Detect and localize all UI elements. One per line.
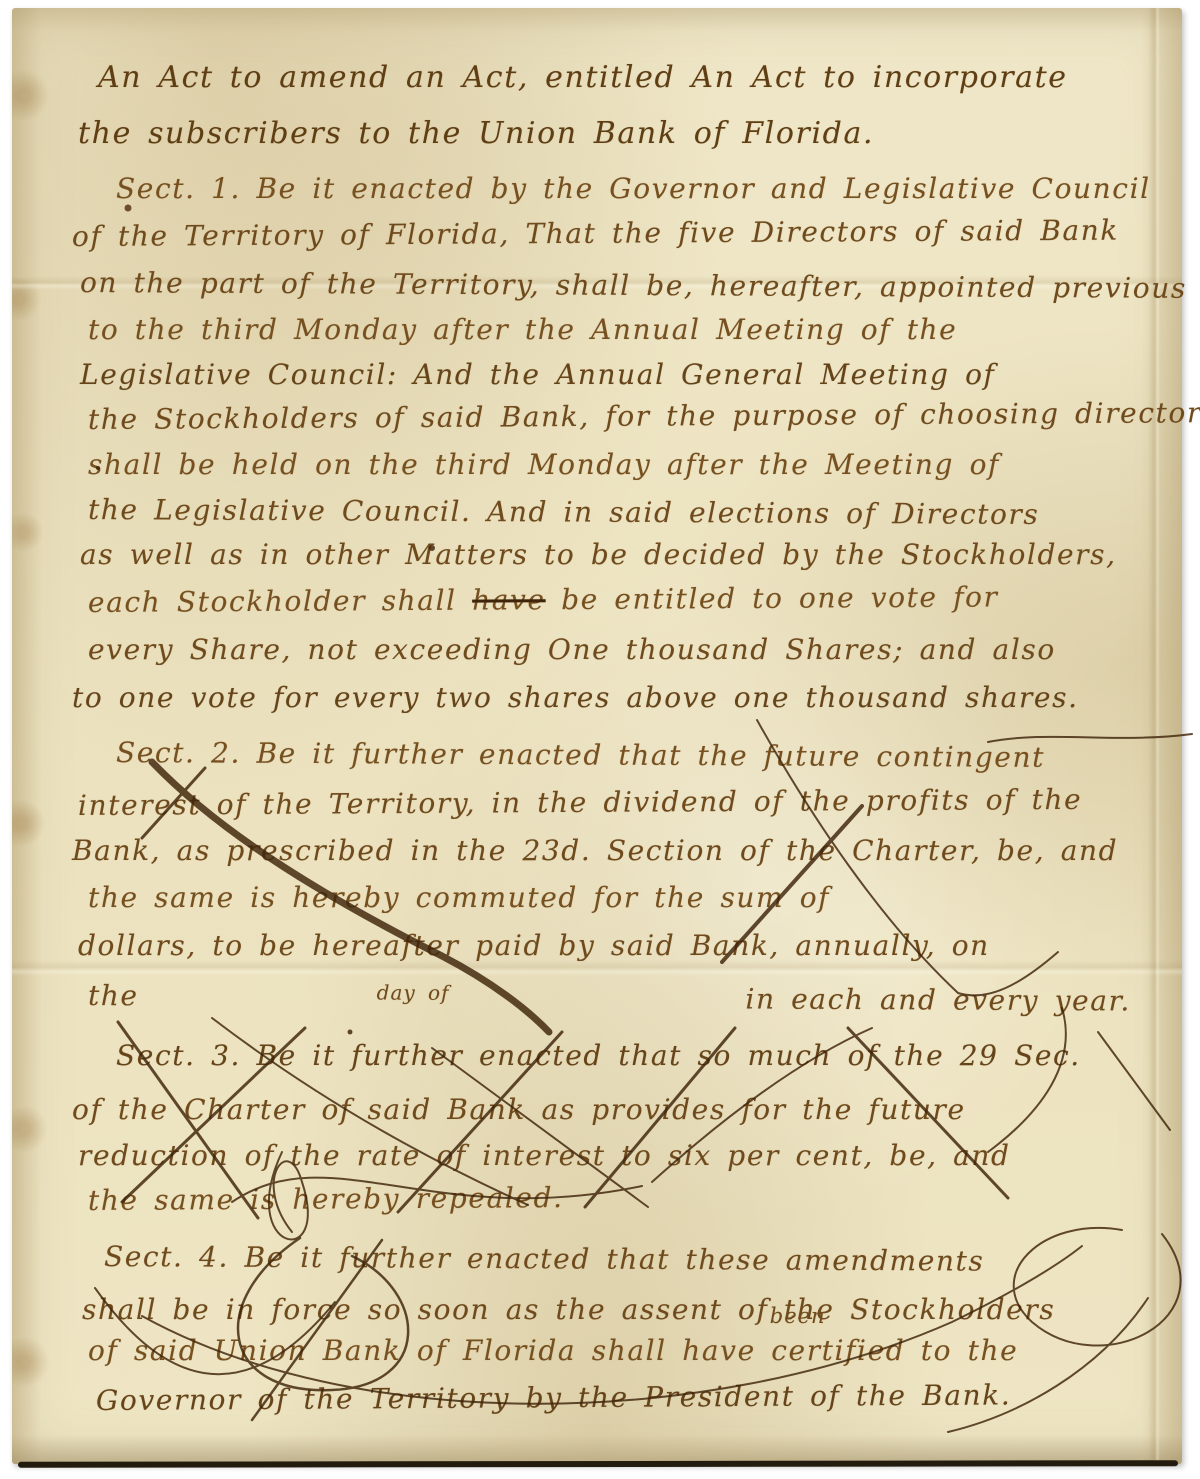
manuscript-line: of the Territory of Florida, That the fi…	[72, 214, 1119, 253]
manuscript-line: Governor of the Territory by the Preside…	[96, 1378, 1011, 1417]
interlinear-insertion: been	[770, 1304, 826, 1328]
manuscript-line: the Stockholders of said Bank, for the p…	[88, 396, 1200, 436]
manuscript-line: to one vote for every two shares above o…	[72, 681, 1079, 714]
blank-space	[449, 1007, 745, 1009]
manuscript-line: interest of the Territory, in the divide…	[78, 783, 1082, 822]
manuscript-line: of said Union Bank of Florida shall have…	[88, 1334, 1018, 1367]
manuscript-line: Sect. 2. Be it further enacted that the …	[116, 736, 1045, 774]
scan-background: { "page": { "background_color": "#ffffff…	[0, 0, 1200, 1479]
manuscript-line: the Legislative Council. And in said ele…	[88, 493, 1040, 531]
line-text: each Stockholder shall	[88, 584, 472, 619]
manuscript-line: Sect. 4. Be it further enacted that thes…	[104, 1240, 985, 1278]
manuscript-line: theday ofin each and every year.	[88, 979, 1131, 1017]
line-text: in each and every year.	[745, 982, 1131, 1017]
manuscript-line: each Stockholder shall have be entitled …	[88, 580, 999, 619]
interlinear-phrase: day of	[377, 981, 450, 1005]
manuscript-line: of the Charter of said Bank as provides …	[72, 1093, 966, 1126]
line-text: the	[88, 979, 139, 1012]
line-text: of said Union Bank of Florida shall have	[88, 1334, 756, 1367]
manuscript-line: every Share, not exceeding One thousand …	[88, 633, 1056, 666]
interlinear-wrap: been certified to the	[756, 1334, 1019, 1367]
manuscript-line: Sect. 3. Be it further enacted that so m…	[116, 1039, 1081, 1072]
manuscript-line: the same is hereby commuted for the sum …	[88, 881, 830, 914]
manuscript-line: the subscribers to the Union Bank of Flo…	[78, 116, 874, 151]
line-text: certified to the	[756, 1334, 1019, 1367]
manuscript-line: Bank, as prescribed in the 23d. Section …	[72, 834, 1118, 867]
manuscript-line: An Act to amend an Act, entitled An Act …	[98, 60, 1068, 95]
manuscript-line: shall be held on the third Monday after …	[88, 448, 1000, 481]
manuscript-line: on the part of the Territory, shall be, …	[80, 266, 1187, 305]
struck-word: have	[472, 583, 546, 616]
line-text: be entitled to one vote for	[546, 580, 999, 616]
manuscript-line: Sect. 1. Be it enacted by the Governor a…	[116, 172, 1151, 205]
manuscript-line: to the third Monday after the Annual Mee…	[88, 313, 957, 346]
manuscript-page: An Act to amend an Act, entitled An Act …	[0, 0, 1200, 1479]
manuscript-line: as well as in other Matters to be decide…	[80, 538, 1117, 571]
manuscript-line: the same is hereby repealed.	[88, 1181, 564, 1217]
manuscript-line: Legislative Council: And the Annual Gene…	[80, 358, 996, 391]
blank-space	[139, 1005, 377, 1006]
manuscript-line: reduction of the rate of interest to six…	[78, 1139, 1011, 1172]
manuscript-line: dollars, to be hereafter paid by said Ba…	[78, 929, 990, 962]
manuscript-line: shall be in force so soon as the assent …	[82, 1293, 1055, 1326]
